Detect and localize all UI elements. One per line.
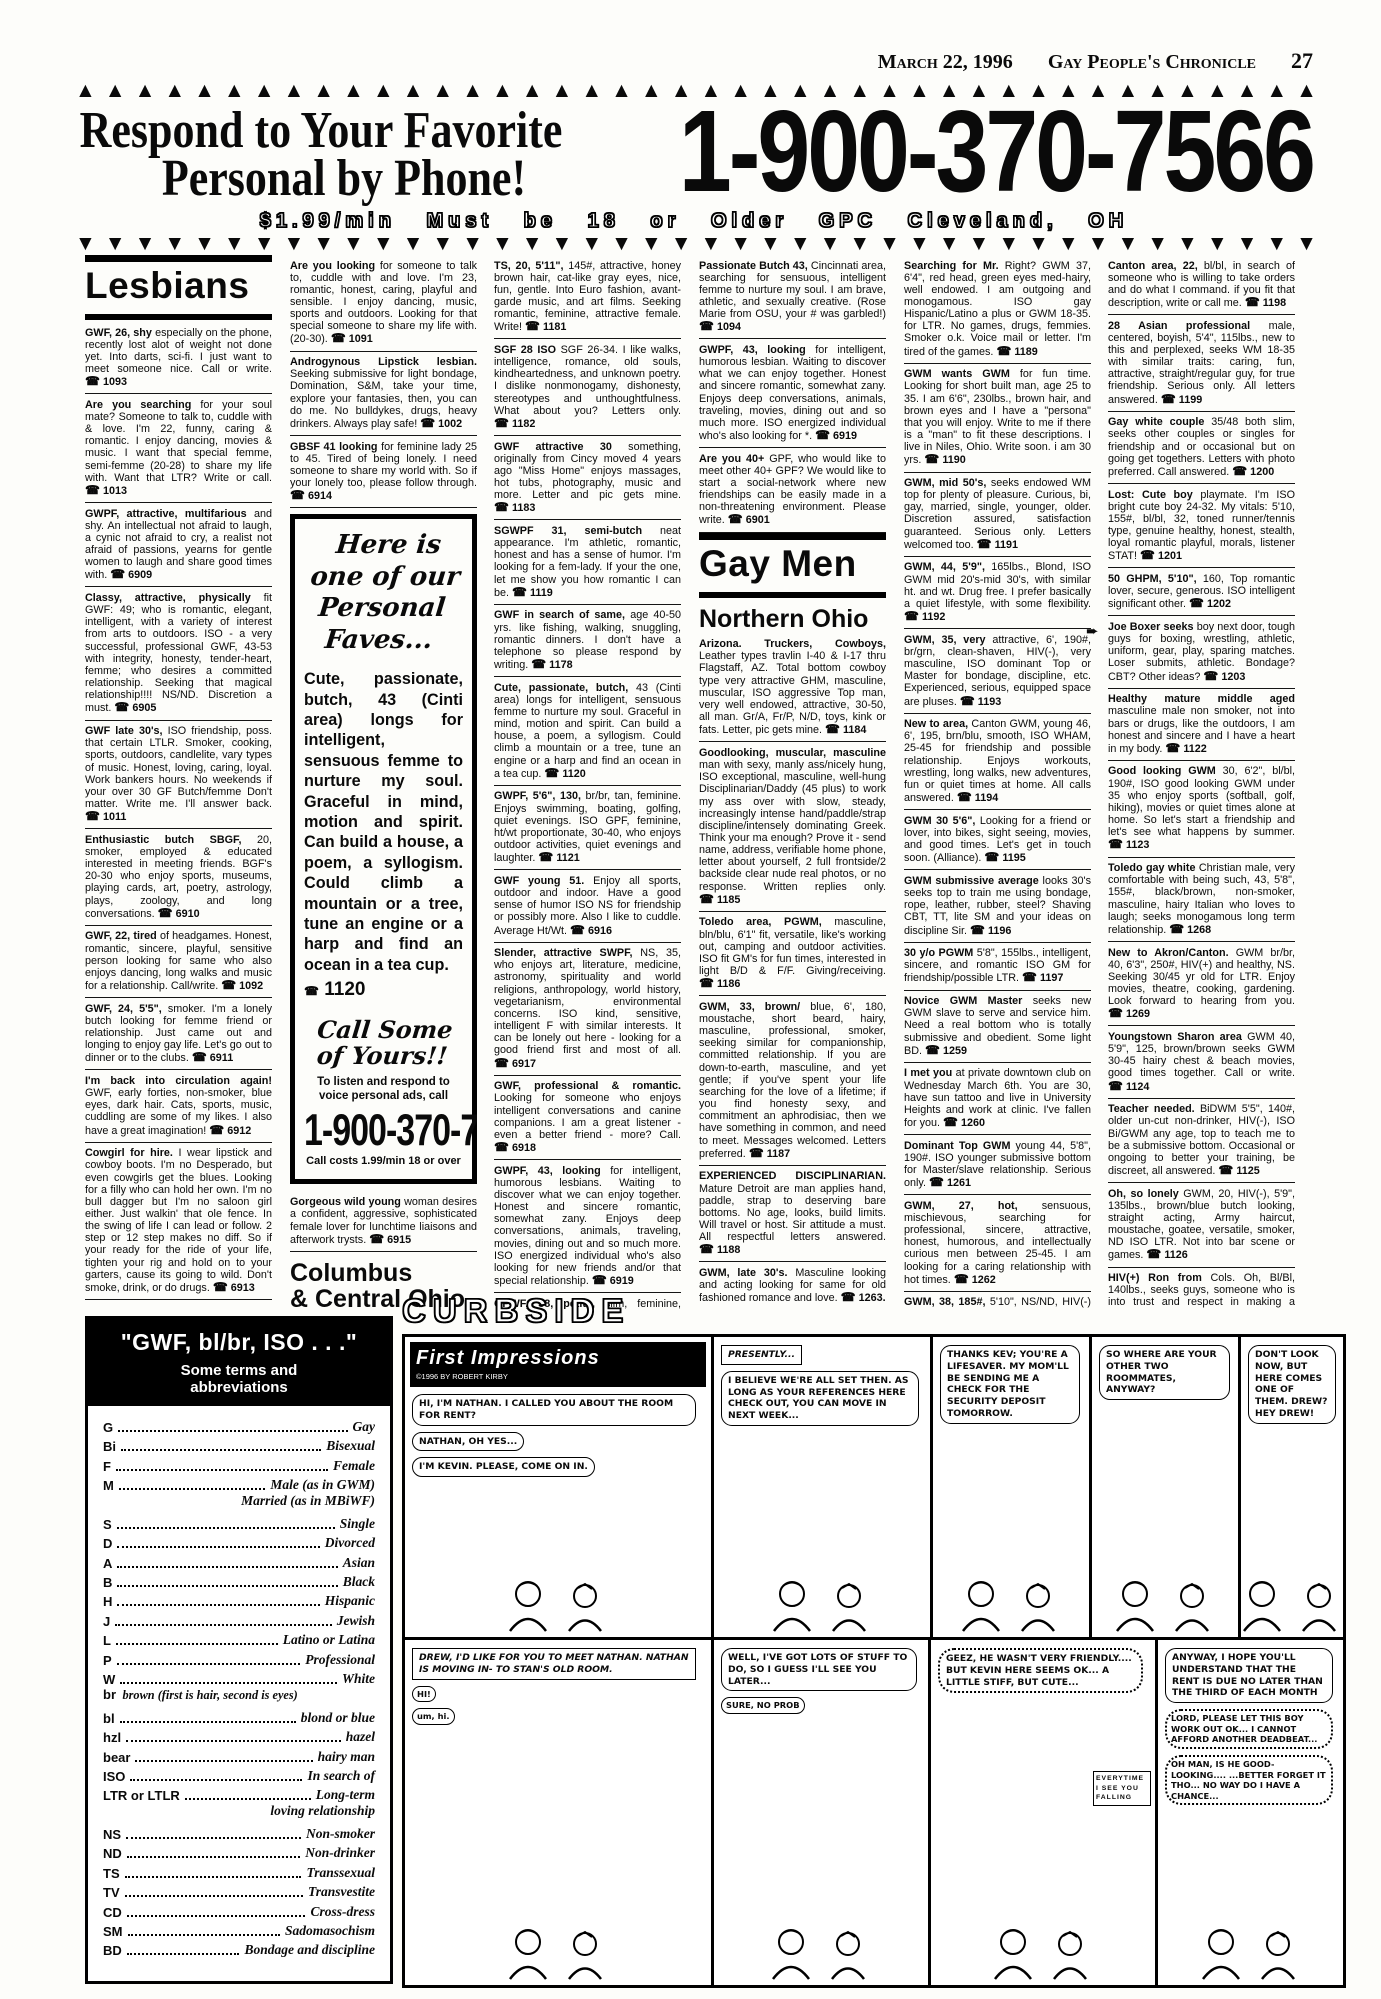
- phone-icon: ☎: [825, 722, 840, 736]
- phone-icon: ☎: [158, 906, 173, 920]
- feature-ad-text: Cute, passionate, butch, 43 (Cinti area)…: [304, 669, 463, 975]
- phone-number: ☎ 1188: [699, 1244, 740, 1256]
- phone-icon: ☎: [420, 416, 435, 430]
- classified-ad: GWM 30 5'6", Looking for a friend or lov…: [904, 810, 1091, 870]
- classified-ad: Searching for Mr. Right? GWM 37, 6'4", r…: [904, 255, 1091, 364]
- abbreviation-term: G: [103, 1420, 113, 1435]
- phone-icon: ☎: [85, 483, 100, 497]
- ad-lead: GWF attractive 30: [494, 441, 628, 453]
- abbreviation-definition: hazel: [346, 1729, 375, 1745]
- ad-lead: Gorgeous wild young: [290, 1196, 404, 1208]
- ad-lead: GWM, mid 50's,: [904, 477, 991, 489]
- phone-number: ☎ 6915: [369, 1234, 411, 1246]
- abbreviation-row: NDNon-drinker: [103, 1842, 375, 1861]
- abbreviation-term: br: [103, 1687, 123, 1702]
- ad-lead: SGWPF 31, semi-butch: [494, 525, 660, 537]
- classified-ad: Novice GWM Master seeks new GWM slave to…: [904, 991, 1091, 1063]
- classified-ad: GWF late 30's, ISO friendship, poss. tha…: [85, 721, 272, 830]
- phone-icon: ☎: [1146, 1247, 1161, 1261]
- speech-bubble: THANKS KEV; YOU'RE A LIFESAVER. MY MOM'L…: [940, 1345, 1080, 1424]
- classified-ad: Teacher needed. BiDWM 5'5", 140#, older …: [1108, 1099, 1295, 1183]
- ad-lead: Lost: Cute boy: [1108, 489, 1200, 501]
- classified-ad: GWF in search of same, age 40-50 yrs. li…: [494, 605, 681, 677]
- abbreviation-definition: Jewish: [337, 1613, 375, 1629]
- thought-bubble: OH MAN, IS HE GOOD-LOOKING.... ...BETTER…: [1165, 1755, 1333, 1805]
- ad-lead: Good looking GWM: [1108, 765, 1223, 777]
- abbreviation-row: TSTranssexual: [103, 1861, 375, 1880]
- speech-bubble: ANYWAY, I HOPE YOU'LL UNDERSTAND THAT TH…: [1165, 1648, 1333, 1703]
- phone-icon: ☎: [494, 1056, 509, 1070]
- triangle-border-bottom-icon: ▼▼▼▼▼▼▼▼▼▼▼▼▼▼▼▼▼▼▼▼▼▼▼▼▼▼▼▼▼▼▼▼▼▼▼▼▼▼▼▼…: [75, 233, 1313, 255]
- phone-number: ☎ 1199: [1161, 394, 1202, 406]
- ad-lead: GWM wants GWM: [904, 368, 1020, 380]
- abbreviation-row: BDBondage and discipline: [103, 1939, 375, 1958]
- comic-panel: GEEZ, HE WASN'T VERY FRIENDLY.... BUT KE…: [931, 1640, 1158, 1985]
- classified-ad: Dominant Top GWM young 44, 5'8", 190#. I…: [904, 1135, 1091, 1195]
- classified-ad: SGWPF 31, semi-butch neat appearance. I'…: [494, 520, 681, 604]
- abbreviation-row: br brown (first is hair, second is eyes): [103, 1687, 375, 1706]
- banner-main: Respond to Your Favorite Personal by Pho…: [75, 102, 1313, 208]
- phone-number: ☎ 1121: [538, 852, 579, 864]
- ad-lead: GWM, 44, 5'9",: [904, 561, 991, 573]
- phone-number: ☎ 1002: [420, 418, 462, 430]
- comic-panel: ANYWAY, I HOPE YOU'LL UNDERSTAND THAT TH…: [1158, 1640, 1343, 1985]
- comic-art: [483, 1926, 633, 1980]
- phone-number: ☎ 1122: [1165, 743, 1206, 755]
- phone-icon: ☎: [110, 567, 125, 581]
- ad-lead: Are you 40+: [699, 453, 769, 465]
- classified-ad: Good looking GWM 30, 6'2", bl/bl, 190#, …: [1108, 761, 1295, 858]
- classified-ad: Youngstown Sharon area GWM 40, 5'9", 125…: [1108, 1026, 1295, 1098]
- phone-number: ☎ 6911: [192, 1052, 233, 1064]
- classified-ad: I'm back into circulation again! GWF, ea…: [85, 1070, 272, 1142]
- comic-art: [1176, 1926, 1326, 1980]
- comic-panel: First Impressions©1996 BY ROBERT KIRBYHI…: [405, 1337, 714, 1637]
- phone-icon: ☎: [996, 344, 1011, 358]
- classified-ad: GWF, 24, 5'5", smoker. I'm a lonely butc…: [85, 998, 272, 1070]
- phone-number: ☎ 1191: [977, 539, 1018, 551]
- speech-bubble: HI!: [412, 1686, 436, 1703]
- abbreviation-definition: Divorced: [325, 1535, 375, 1551]
- abbreviation-definition: Gay: [353, 1419, 376, 1435]
- phone-number: ☎ 1197: [1022, 972, 1063, 984]
- phone-number: ☎ 1011: [85, 811, 126, 823]
- phone-icon: ☎: [1108, 837, 1123, 851]
- phone-icon: ☎: [1218, 1163, 1233, 1177]
- phone-icon: ☎: [1245, 295, 1260, 309]
- feature-script-heading: Here is one of our Personal Faves...: [297, 530, 469, 657]
- comic-panel: SO WHERE ARE YOUR OTHER TWO ROOMMATES, A…: [1092, 1337, 1241, 1637]
- phone-number: ☎ 1183: [494, 502, 535, 514]
- phone-icon: ☎: [531, 657, 546, 671]
- ad-lead: I met you: [904, 1067, 956, 1079]
- phone-icon: ☎: [943, 1115, 958, 1129]
- strip-title-block: First Impressions©1996 BY ROBERT KIRBY: [410, 1342, 706, 1387]
- abbreviations-subtitle: Some terms and abbreviations: [154, 1362, 324, 1397]
- phone-icon: ☎: [924, 452, 939, 466]
- comic-art: [1241, 1578, 1343, 1632]
- abbreviations-box: "GWF, bl/br, ISO . . ." Some terms and a…: [85, 1316, 393, 1984]
- dot-leader: [127, 1915, 306, 1917]
- classified-columns: LesbiansGWF, 26, shy especially on the p…: [0, 255, 1381, 1309]
- phone-number: ☎ 1268: [1169, 924, 1211, 936]
- phone-number: ☎ 1125: [1218, 1165, 1259, 1177]
- classified-ad: GWM, mid 50's, seeks endowed WM top for …: [904, 473, 1091, 557]
- phone-number: ☎ 6916: [570, 925, 612, 937]
- abbreviation-definition: blond or blue: [301, 1710, 375, 1726]
- classified-ad: GWPF, 5'6", 130, br/br, tan, feminine. E…: [494, 786, 681, 870]
- phone-number: ☎ 1194: [957, 792, 998, 804]
- ad-lead: Are you searching: [85, 399, 200, 411]
- abbreviations-header: "GWF, bl/br, ISO . . ." Some terms and a…: [88, 1319, 390, 1406]
- dot-leader: [117, 1566, 337, 1568]
- comic-strip: CURBSIDE First Impressions©1996 BY ROBER…: [402, 1292, 1346, 1988]
- ad-lead: I'm back into circulation again!: [85, 1075, 272, 1087]
- ad-lead: Cute, passionate, butch,: [494, 682, 636, 694]
- phone-number: ☎ 1094: [699, 321, 741, 333]
- dot-leader: [117, 1585, 337, 1587]
- ads-column-3: TS, 20, 5'11", 145#, attractive, honey b…: [494, 255, 681, 1309]
- strip-copyright-byline: ©1996 BY ROBERT KIRBY: [416, 1372, 700, 1381]
- phone-number: ☎ 1269: [1108, 1008, 1150, 1020]
- phone-number: ☎ 1260: [943, 1117, 985, 1129]
- ad-lead: GWM 30 5'6",: [904, 815, 980, 827]
- phone-icon: ☎: [1169, 922, 1184, 936]
- phone-icon: ☎: [815, 428, 830, 442]
- phone-icon: ☎: [592, 1273, 607, 1287]
- classified-ad: GWF, 26, shy especially on the phone, re…: [85, 322, 272, 394]
- classified-ad: Toledo gay white Christian male, very co…: [1108, 858, 1295, 942]
- dot-leader: [121, 1449, 321, 1451]
- speech-bubble: WELL, I'VE GOT LOTS OF STUFF TO DO, SO I…: [721, 1648, 917, 1691]
- dot-leader: [125, 1895, 303, 1897]
- abbreviation-term: TS: [103, 1866, 120, 1881]
- classified-ad: I met you at private downtown club on We…: [904, 1063, 1091, 1135]
- section-heading: Lesbians: [85, 255, 272, 320]
- classified-ad: GWF, 22, tired of headgames. Honest, rom…: [85, 926, 272, 998]
- classified-ad: GWF, professional & romantic. Looking fo…: [494, 1076, 681, 1160]
- classified-ad: GWM, 44, 5'9", 165lbs., Blond, ISO GWM m…: [904, 557, 1091, 629]
- abbreviation-definition: Latino or Latina: [283, 1632, 375, 1648]
- abbreviation-row: blblond or blue: [103, 1706, 375, 1725]
- phone-icon: ☎: [512, 585, 527, 599]
- abbreviation-term: hzl: [103, 1730, 121, 1745]
- abbreviation-term: SM: [103, 1924, 123, 1939]
- phone-icon: ☎: [85, 809, 100, 823]
- classified-ad: GBSF 41 looking for feminine lady 25 to …: [290, 436, 477, 508]
- ad-lead: GWM, 33, brown/: [699, 1001, 810, 1013]
- abbreviation-term: M: [103, 1478, 114, 1493]
- classified-ad: Lost: Cute boy playmate. I'm ISO bright …: [1108, 484, 1295, 568]
- abbreviation-row: AAsian: [103, 1551, 375, 1570]
- phone-number: ☎ 6912: [209, 1125, 251, 1137]
- ad-lead: GWM, late 30's.: [699, 1267, 795, 1279]
- comic-art: [1092, 1578, 1240, 1632]
- dot-leader: [118, 1430, 347, 1432]
- dot-leader: [127, 1953, 240, 1955]
- dot-leader: [126, 1837, 301, 1839]
- abbreviation-definition: Asian: [343, 1555, 375, 1571]
- comic-panels: First Impressions©1996 BY ROBERT KIRBYHI…: [402, 1334, 1346, 1988]
- abbreviation-row: JJewish: [103, 1609, 375, 1628]
- thought-bubble: LORD, PLEASE LET THIS BOY WORK OUT OK...…: [1165, 1709, 1333, 1749]
- phone-icon: ☎: [1022, 970, 1037, 984]
- dot-leader: [128, 1934, 280, 1936]
- dot-leader: [120, 1682, 337, 1684]
- abbreviation-row: LTR or LTLRLong-term: [103, 1784, 375, 1803]
- dot-leader: [116, 1643, 278, 1645]
- classified-ad: EXPERIENCED DISCIPLINARIAN. Mature Detro…: [699, 1166, 886, 1263]
- abbreviation-definition: White: [342, 1671, 375, 1687]
- ad-lead: Canton area, 22,: [1108, 260, 1204, 272]
- phone-icon: ☎: [970, 923, 985, 937]
- phone-icon: ☎: [192, 1050, 207, 1064]
- classified-ad: Are you searching for your soul mate? So…: [85, 394, 272, 503]
- classified-ad: Healthy mature middle aged masculine mal…: [1108, 689, 1295, 761]
- ad-lead: Classy, attractive, physically: [85, 592, 264, 604]
- classified-ad: Classy, attractive, physically fit GWF: …: [85, 587, 272, 720]
- phone-number: ☎ 1119: [512, 587, 553, 599]
- abbreviation-row: TVTransvestite: [103, 1881, 375, 1900]
- phone-icon: ☎: [977, 537, 992, 551]
- comic-art: [483, 1578, 633, 1632]
- phone-icon: ☎: [1189, 596, 1204, 610]
- ad-lead: Slender, attractive SWPF,: [494, 947, 640, 959]
- ad-lead: 50 GHPM, 5'10",: [1108, 573, 1203, 585]
- ad-lead: New to Akron/Canton.: [1108, 947, 1236, 959]
- abbreviation-term: F: [103, 1459, 111, 1474]
- dot-leader: [130, 1779, 302, 1781]
- abbreviation-term: bear: [103, 1750, 130, 1765]
- phone-number: ☎ 6905: [114, 702, 156, 714]
- feature-ad-phone: ☎ 1120: [304, 979, 463, 1001]
- phone-number: ☎ 1186: [699, 978, 740, 990]
- abbreviation-row: BiBisexual: [103, 1435, 375, 1454]
- dot-leader: [117, 1546, 319, 1548]
- phone-icon: ☎: [1108, 1006, 1123, 1020]
- phone-icon: ☎: [728, 512, 743, 526]
- abbreviation-definition: Female: [333, 1458, 375, 1474]
- abbreviation-definition: Non-drinker: [305, 1845, 375, 1861]
- abbreviation-definition: Bondage and discipline: [244, 1942, 375, 1958]
- page-header: March 22, 1996 Gay People's Chronicle 27: [75, 48, 1313, 74]
- phone-icon: ☎: [1108, 1079, 1123, 1093]
- abbreviation-term: H: [103, 1594, 112, 1609]
- phone-number: ☎ 6910: [158, 908, 200, 920]
- classified-ad: Canton area, 22, bl/bl, in search of som…: [1108, 255, 1295, 315]
- phone-icon: ☎: [570, 923, 585, 937]
- classified-ad: SGF 28 ISO SGF 26-34. I like walks, inte…: [494, 339, 681, 436]
- classified-ad: Enthusiastic butch SBGF, 20, smoker, emp…: [85, 829, 272, 926]
- phone-number: ☎ 1124: [1108, 1081, 1149, 1093]
- ad-lead: Oh, so lonely: [1108, 1188, 1183, 1200]
- abbreviation-row: NSNon-smoker: [103, 1823, 375, 1842]
- abbreviation-row: BBlack: [103, 1571, 375, 1590]
- phone-number: ☎ 6914: [290, 490, 332, 502]
- ad-lead: Healthy mature middle aged: [1108, 693, 1295, 705]
- comic-art: [746, 1926, 896, 1980]
- abbreviation-row: CDCross-dress: [103, 1900, 375, 1919]
- phone-icon: ☎: [221, 978, 236, 992]
- classified-ad: 30 y/o PGWM 5'8", 155lbs., intelligent, …: [904, 943, 1091, 991]
- phone-number: ☎ 1203: [1203, 671, 1245, 683]
- ad-lead: Androgynous Lipstick lesbian.: [290, 356, 477, 368]
- phone-icon: ☎: [1140, 548, 1155, 562]
- phone-icon: ☎: [1165, 741, 1180, 755]
- classified-ad: Arizona. Truckers, Cowboys, Leather type…: [699, 634, 886, 743]
- ads-column-4: Passionate Butch 43, Cincinnati area, se…: [699, 255, 886, 1309]
- phone-banner: ▲▲▲▲▲▲▲▲▲▲▲▲▲▲▲▲▲▲▲▲▲▲▲▲▲▲▲▲▲▲▲▲▲▲▲▲▲▲▲▲…: [75, 80, 1313, 255]
- ad-lead: GWF, 26, shy: [85, 327, 155, 339]
- comic-art: [747, 1578, 897, 1632]
- ad-lead: GWPF, attractive, multifarious: [85, 508, 254, 520]
- ads-column-5: Searching for Mr. Right? GWM 37, 6'4", r…: [904, 255, 1091, 1309]
- classified-ad: 50 GHPM, 5'10", 160, Top romantic lover,…: [1108, 568, 1295, 616]
- ad-lead: GWM submissive average: [904, 875, 1043, 887]
- ad-lead: Are you looking: [290, 260, 380, 272]
- phone-icon: ☎: [1161, 392, 1176, 406]
- classified-ad: GWM wants GWM for fun time. Looking for …: [904, 364, 1091, 473]
- region-heading: Northern Ohio: [699, 606, 886, 632]
- dot-leader: [125, 1876, 302, 1878]
- dot-leader: [115, 1624, 332, 1626]
- classified-ad: Toledo area, PGWM, masculine, bln/blu, 6…: [699, 912, 886, 996]
- speech-bubble: NATHAN, OH YES...: [412, 1432, 524, 1452]
- thought-bubble: GEEZ, HE WASN'T VERY FRIENDLY.... BUT KE…: [938, 1648, 1143, 1693]
- phone-number: ☎ 1189: [996, 346, 1037, 358]
- newspaper-page: March 22, 1996 Gay People's Chronicle 27…: [0, 0, 1381, 1999]
- abbreviation-row: SSingle: [103, 1512, 375, 1531]
- phone-number: ☎ 1187: [749, 1148, 790, 1160]
- classified-ad: GWM, 27, hot, sensuous, mischievous, sea…: [904, 1195, 1091, 1292]
- phone-icon: ☎: [699, 976, 714, 990]
- ad-lead: Toledo area, PGWM,: [699, 916, 834, 928]
- phone-number: ☎ 6919: [592, 1275, 634, 1287]
- classified-ad: GWM, 35, very attractive, 6', 190#, br/g…: [904, 629, 1091, 713]
- comic-panel: DREW, I'D LIKE FOR YOU TO MEET NATHAN. N…: [405, 1640, 714, 1985]
- phone-icon: ☎: [957, 790, 972, 804]
- phone-icon: ☎: [114, 700, 129, 714]
- phone-number: ☎ 6901: [728, 514, 770, 526]
- ad-lead: GWF, professional & romantic.: [494, 1080, 681, 1092]
- abbreviation-definition: Hispanic: [325, 1593, 375, 1609]
- phone-number: ☎ 1120: [544, 768, 585, 780]
- classified-ad: New to Akron/Canton. GWM br/br, 40, 6'3"…: [1108, 942, 1295, 1026]
- dot-leader: [116, 1469, 328, 1471]
- phone-icon: ☎: [699, 892, 714, 906]
- phone-icon: ☎: [209, 1123, 224, 1137]
- ad-lead: GWPF, 43, looking: [494, 1165, 610, 1177]
- abbreviation-definition: Single: [340, 1516, 375, 1532]
- abbreviation-term: J: [103, 1614, 110, 1629]
- abbreviation-definition: Sadomasochism: [285, 1923, 375, 1939]
- abbreviation-row: hzlhazel: [103, 1726, 375, 1745]
- ad-lead: Teacher needed.: [1108, 1103, 1200, 1115]
- phone-number: ☎ 6919: [815, 430, 857, 442]
- classified-ad: 28 Asian professional male, centered, bo…: [1108, 315, 1295, 412]
- abbreviation-term: ISO: [103, 1769, 125, 1784]
- banner-phone-number: 1-900-370-7566: [567, 101, 1313, 205]
- phone-icon: ☎: [984, 850, 999, 864]
- phone-icon: ☎: [85, 374, 100, 388]
- section-heading: Gay Men: [699, 533, 886, 598]
- phone-icon: ☎: [1232, 464, 1247, 478]
- ad-lead: GWF, 22, tired: [85, 930, 160, 942]
- comic-row-2: DREW, I'D LIKE FOR YOU TO MEET NATHAN. N…: [405, 1640, 1343, 1985]
- ad-lead: HIV(+) Ron from: [1108, 1272, 1210, 1284]
- ad-lead: Joe Boxer seeks: [1108, 621, 1197, 633]
- phone-number: ☎ 1201: [1140, 550, 1182, 562]
- speech-bubble: I'M KEVIN. PLEASE, COME ON IN.: [412, 1457, 595, 1477]
- phone-icon: ☎: [525, 319, 540, 333]
- ad-lead: Toledo gay white: [1108, 862, 1199, 874]
- classified-ad: Are you 40+ GPF, who would like to meet …: [699, 448, 886, 532]
- abbreviation-term: LTR or LTLR: [103, 1788, 180, 1803]
- phone-number: ☎ 6909: [110, 569, 152, 581]
- abbreviation-row: WWhite: [103, 1668, 375, 1687]
- dot-leader: [119, 1488, 266, 1490]
- ads-column-2: Are you looking for someone to talk to, …: [290, 255, 477, 1309]
- phone-number: ☎ 1126: [1146, 1249, 1187, 1261]
- abbreviation-definition: Transsexual: [306, 1865, 375, 1881]
- ad-lead: TS, 20, 5'11",: [494, 260, 568, 272]
- wall-poster-text: EVERYTIME I SEE YOU FALLING: [1093, 1771, 1151, 1806]
- dot-leader: [117, 1604, 319, 1606]
- phone-number: ☎ 1200: [1232, 466, 1274, 478]
- ad-lead: GWM, 27, hot,: [904, 1200, 1042, 1212]
- phone-icon: ☎: [929, 1175, 944, 1189]
- ads-column-1: LesbiansGWF, 26, shy especially on the p…: [85, 255, 272, 1300]
- speech-bubble: um, hi.: [412, 1708, 455, 1725]
- abbreviation-definition: Transvestite: [308, 1884, 375, 1900]
- phone-number: ☎ 1193: [960, 696, 1001, 708]
- ad-lead: GWF young 51.: [494, 875, 593, 887]
- dot-leader: [135, 1760, 312, 1762]
- abbreviation-row: HHispanic: [103, 1590, 375, 1609]
- comic-art: [936, 1578, 1086, 1632]
- phone-number: ☎ 1185: [699, 894, 740, 906]
- abbreviation-definition: Long-term: [316, 1787, 375, 1803]
- ad-lead: Searching for Mr.: [904, 260, 1005, 272]
- phone-number: ☎ 1261: [929, 1177, 971, 1189]
- abbreviation-term: ND: [103, 1846, 122, 1861]
- classified-ad: GWF attractive 30 something, originally …: [494, 436, 681, 520]
- publication-title: Gay People's Chronicle: [1048, 51, 1256, 73]
- phone-icon: ☎: [213, 1280, 228, 1294]
- classified-ad: GWPF, 43, looking for intelligent, humor…: [494, 1160, 681, 1293]
- comic-panel: THANKS KEV; YOU'RE A LIFESAVER. MY MOM'L…: [933, 1337, 1092, 1637]
- dot-leader: [126, 1740, 341, 1742]
- phone-number: ☎ 1196: [970, 925, 1011, 937]
- speech-bubble: SO WHERE ARE YOUR OTHER TWO ROOMMATES, A…: [1099, 1345, 1230, 1400]
- phone-number: ☎ 1092: [221, 980, 263, 992]
- abbreviation-row: DDivorced: [103, 1532, 375, 1551]
- abbreviation-row: FFemale: [103, 1454, 375, 1473]
- phone-icon: ☎: [954, 1272, 969, 1286]
- abbreviation-row: PProfessional: [103, 1648, 375, 1667]
- abbreviation-definition-continued: loving relationship: [103, 1803, 375, 1822]
- classified-ad: Cute, passionate, butch, 43 (Cinti area)…: [494, 677, 681, 786]
- speech-bubble: I BELIEVE WE'RE ALL SET THEN. AS LONG AS…: [721, 1371, 919, 1426]
- ad-lead: Cowgirl for hire.: [85, 1147, 178, 1159]
- call-instructions: To listen and respond to voice personal …: [304, 1075, 463, 1104]
- classified-ad: TS, 20, 5'11", 145#, attractive, honey b…: [494, 255, 681, 339]
- abbreviation-definition-continued: Married (as in MBiWF): [103, 1493, 375, 1512]
- comic-art: [968, 1926, 1118, 1980]
- strip-title: First Impressions: [416, 1347, 700, 1370]
- abbreviation-row: GGay: [103, 1416, 375, 1435]
- phone-icon: ☎: [925, 1043, 940, 1057]
